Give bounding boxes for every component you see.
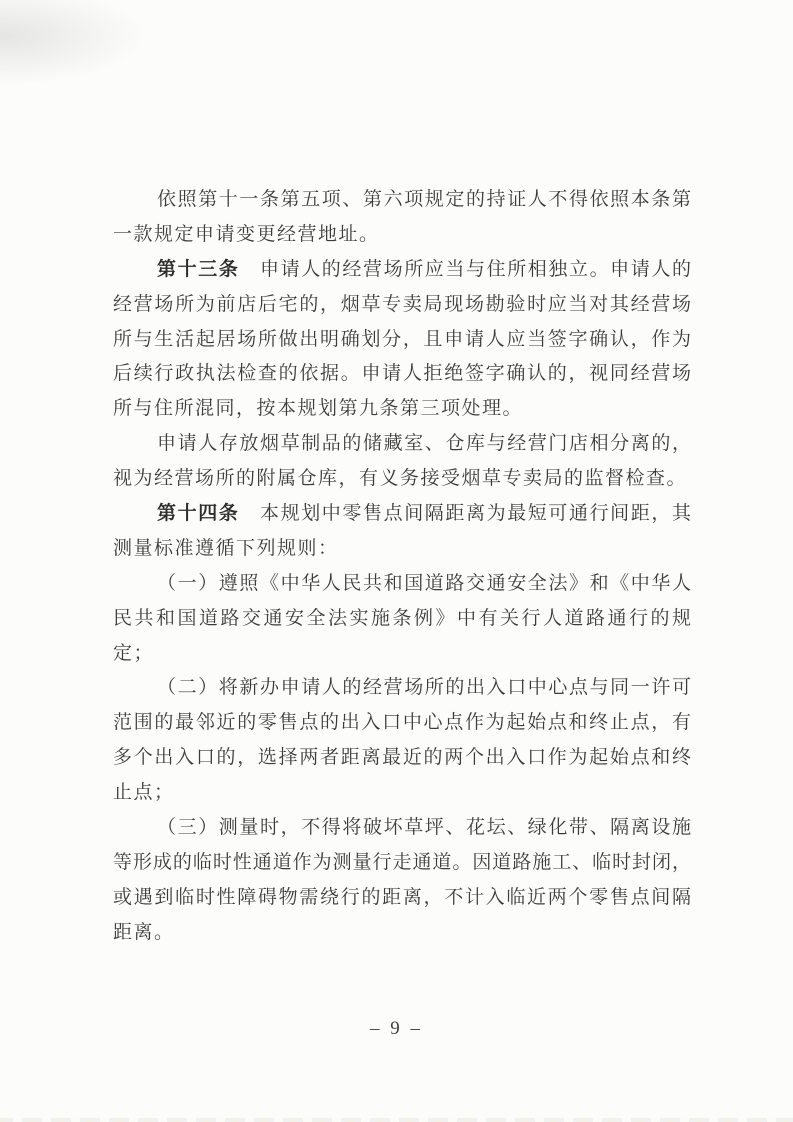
text-line: 经营场所为前店后宅的，烟草专卖局现场勘验时应当对其经营场 <box>113 288 691 323</box>
paragraph: （二）将新办申请人的经营场所的出入口中心点与同一许可范围的最邻近的零售点的出入口… <box>113 671 691 811</box>
paragraph: 申请人存放烟草制品的储藏室、仓库与经营门店相分离的，视为经营场所的附属仓库，有义… <box>113 427 691 497</box>
text-line: 民共和国道路交通安全法实施条例》中有关行人道路通行的规 <box>113 602 691 637</box>
text-line: 视为经营场所的附属仓库，有义务接受烟草专卖局的监督检查。 <box>113 462 691 497</box>
scanned-document-page: { "document": { "language": "zh-CN", "te… <box>0 0 793 1122</box>
paragraph: 第十三条 申请人的经营场所应当与住所相独立。申请人的经营场所为前店后宅的，烟草专… <box>113 253 691 427</box>
text-line: 一款规定申请变更经营地址。 <box>113 218 691 253</box>
scan-artifact-bottom-edge <box>0 1118 793 1122</box>
paragraph: （三）测量时，不得将破坏草坪、花坛、绿化带、隔离设施等形成的临时性通道作为测量行… <box>113 811 691 951</box>
paragraph: 依照第十一条第五项、第六项规定的持证人不得依照本条第一款规定申请变更经营地址。 <box>113 183 691 253</box>
text-line: 止点； <box>113 776 691 811</box>
text-line: 定； <box>113 637 691 672</box>
text-line: 第十三条 申请人的经营场所应当与住所相独立。申请人的 <box>113 253 691 288</box>
paragraph: 第十四条 本规划中零售点间隔距离为最短可通行间距，其测量标准遵循下列规则： <box>113 497 691 567</box>
text-line: 或遇到临时性障碍物需绕行的距离，不计入临近两个零售点间隔 <box>113 881 691 916</box>
text-line: 依照第十一条第五项、第六项规定的持证人不得依照本条第 <box>113 183 691 218</box>
text-line: 第十四条 本规划中零售点间隔距离为最短可通行间距，其 <box>113 497 691 532</box>
scan-artifact-top-left <box>0 0 160 90</box>
text-line: 所与住所混同，按本规划第九条第三项处理。 <box>113 392 691 427</box>
text-line: 范围的最邻近的零售点的出入口中心点作为起始点和终止点，有 <box>113 706 691 741</box>
text-line: （一）遵照《中华人民共和国道路交通安全法》和《中华人 <box>113 567 691 602</box>
text-line: （三）测量时，不得将破坏草坪、花坛、绿化带、隔离设施 <box>113 811 691 846</box>
text-line: 申请人存放烟草制品的储藏室、仓库与经营门店相分离的， <box>113 427 691 462</box>
text-line: （二）将新办申请人的经营场所的出入口中心点与同一许可 <box>113 671 691 706</box>
text-line: 等形成的临时性通道作为测量行走通道。因道路施工、临时封闭， <box>113 846 691 881</box>
document-body: 依照第十一条第五项、第六项规定的持证人不得依照本条第一款规定申请变更经营地址。第… <box>113 183 691 951</box>
text-line: 后续行政执法检查的依据。申请人拒绝签字确认的，视同经营场 <box>113 357 691 392</box>
text-line: 多个出入口的，选择两者距离最近的两个出入口作为起始点和终 <box>113 741 691 776</box>
text-line: 测量标准遵循下列规则： <box>113 532 691 567</box>
paragraph: （一）遵照《中华人民共和国道路交通安全法》和《中华人民共和国道路交通安全法实施条… <box>113 567 691 672</box>
text-line: 距离。 <box>113 916 691 951</box>
text-line: 所与生活起居场所做出明确划分，且申请人应当签字确认，作为 <box>113 323 691 358</box>
page-number: – 9 – <box>0 1018 793 1040</box>
